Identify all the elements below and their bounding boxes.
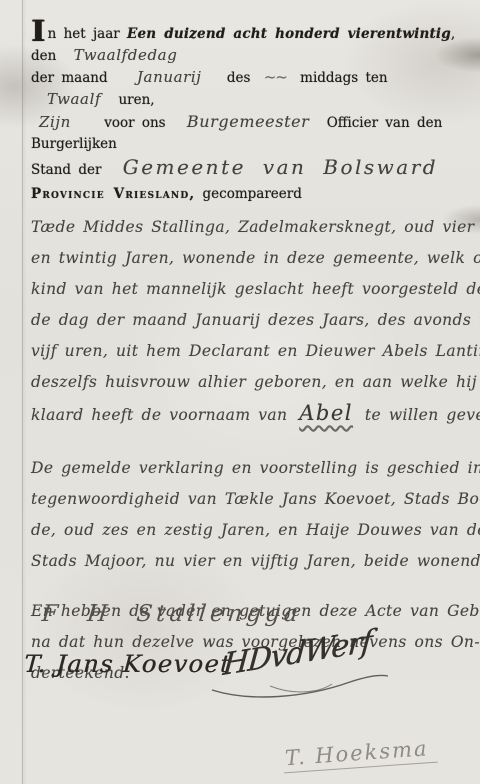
body-paragraph-witnesses: De gemelde verklaring en voorstelling is…	[31, 453, 470, 577]
blank-filler-stroke: ~~	[264, 68, 287, 86]
form-line-year: In het jaar Een duizend acht honderd vie…	[31, 18, 470, 67]
handwritten-day: Twaalfdedag	[74, 46, 178, 64]
form-line-officer: Zijn voor ons Burgemeester Officier van …	[31, 111, 470, 155]
deed-text-line: tegenwoordigheid van Tækle Jans Koevoet,…	[31, 484, 470, 515]
child-given-name: Abel	[295, 401, 357, 425]
printed-text: Stand der	[31, 162, 101, 178]
province-name: Provincie Vriesland,	[31, 186, 195, 202]
deed-text-line: de, oud zes en zestig Jaren, en Haije Do…	[31, 515, 470, 546]
printed-text: der maand	[31, 70, 108, 86]
handwritten-office: Burgemeester	[187, 112, 310, 131]
year-in-words: Een duizend acht honderd vierentwintig	[127, 26, 451, 42]
scanned-birth-record-page: In het jaar Een duizend acht honderd vie…	[0, 0, 480, 784]
printed-text: des	[227, 70, 251, 86]
deed-text: klaard heeft de voornaam van	[31, 406, 287, 424]
signature-registrar-hoeksma: T. Hoeksma	[282, 736, 437, 774]
handwritten-municipality: Gemeente van Bolsward	[123, 155, 438, 179]
printed-text: voor ons	[104, 115, 165, 131]
printed-text: middags ten	[300, 70, 387, 86]
form-line-month: der maand Januarij des ~~ middags ten Tw…	[31, 67, 470, 111]
deed-text-line: De gemelde verklaring en voorstelling is…	[31, 453, 470, 484]
handwritten-word: Zijn	[39, 113, 71, 131]
deed-text-line: Stads Majoor, nu vier en vijftig Jaren, …	[31, 546, 470, 577]
signature-witness-koevoet: T. Jans Koevoet	[23, 650, 232, 678]
printed-text: gecompareerd	[203, 186, 302, 202]
deed-text: te willen geven.	[365, 406, 480, 424]
ornate-initial: I	[31, 21, 45, 41]
deed-text-line-name: klaard heeft de voornaam van Abel te wil…	[31, 398, 470, 431]
printed-text: n het jaar	[48, 26, 120, 42]
handwritten-hour: Twaalf	[47, 90, 101, 108]
form-line-province: Provincie Vriesland, gecompareerd	[31, 184, 470, 205]
deed-text-line: kind van het mannelijk geslacht heeft vo…	[31, 274, 470, 305]
handwritten-month: Januarij	[137, 68, 202, 86]
printed-text: uren,	[118, 92, 154, 108]
deed-text-line: vijf uren, uit hem Declarant en Dieuwer …	[31, 336, 470, 367]
header-form: In het jaar Een duizend acht honderd vie…	[31, 18, 470, 205]
deed-text-line: de dag der maand Januarij dezes Jaars, d…	[31, 305, 470, 336]
form-line-municipality: Stand der Gemeente van Bolsward	[31, 157, 470, 181]
deed-content: In het jaar Een duizend acht honderd vie…	[0, 0, 480, 689]
signature-father: F H Stallengga	[41, 601, 303, 627]
deed-text-line: deszelfs huisvrouw alhier geboren, en aa…	[31, 367, 470, 398]
deed-text-line: Tæde Middes Stallinga, Zadelmakersknegt,…	[31, 212, 470, 243]
body-paragraph-declaration: Tæde Middes Stallinga, Zadelmakersknegt,…	[31, 212, 470, 431]
deed-text-line: en twintig Jaren, wonende in deze gemeen…	[31, 243, 470, 274]
